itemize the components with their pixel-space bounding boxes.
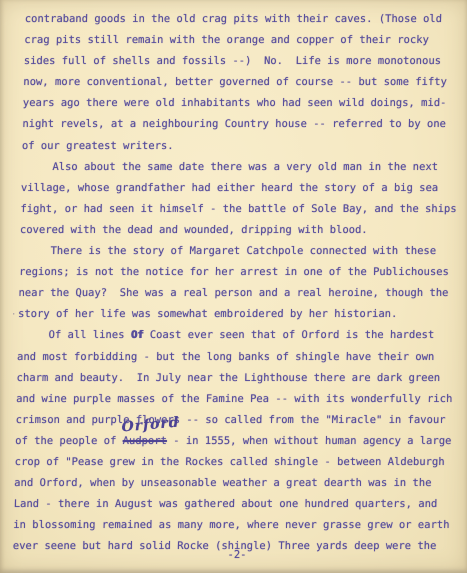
typed-text: crop of "Pease grew in the Rockes called…	[15, 456, 445, 468]
typed-line: crag pits still remain with the orange a…	[24, 30, 464, 51]
typed-text: of our greatest writers.	[22, 140, 174, 152]
typed-line: crimson and purple flowers -- so called …	[15, 410, 455, 431]
typed-text: and most forbidding - but the long banks…	[17, 351, 435, 363]
typed-text: There is the story of Margaret Catchpole…	[50, 245, 436, 257]
typed-text: covered with the dead and wounded, dripp…	[20, 224, 368, 236]
typed-text: in blossoming remained as many more, whe…	[13, 519, 449, 531]
typed-text: Coast ever seen that of Orford is the ha…	[143, 329, 434, 341]
typed-line: Land - there in August was gathered abou…	[14, 494, 454, 515]
typed-line: Of all lines Of Coast ever seen that of …	[17, 325, 457, 346]
typed-line: crop of "Pease grew in the Rockes called…	[14, 452, 454, 473]
page-number: -2-	[228, 549, 247, 561]
typed-text: sides full of shells and fossils --) No.…	[24, 55, 442, 67]
typed-text: village, whose grandfather had either he…	[21, 182, 439, 194]
typed-line: and Orford, when by unseasonable weather…	[14, 473, 454, 494]
typed-line: There is the story of Margaret Catchpole…	[19, 241, 459, 262]
typed-text: regions; is not the notice for her arres…	[19, 266, 449, 278]
corrected-word-group: OrfordAudport	[122, 431, 167, 452]
typed-line: in blossoming remained as many more, whe…	[13, 515, 453, 536]
margin-mark: ·	[11, 311, 16, 320]
typed-line: charm and beauty. In July near the Light…	[16, 368, 456, 389]
typed-text: near the Quay? She was a real person and…	[18, 287, 448, 299]
typed-text: Of	[131, 329, 144, 341]
typed-text: story of her life was somewhat embroider…	[18, 308, 398, 320]
typed-line: village, whose grandfather had either he…	[21, 178, 461, 199]
typed-line: years ago there were old inhabitants who…	[23, 93, 463, 114]
typed-text: fight, or had seen it himself - the batt…	[20, 203, 456, 215]
typed-line: and most forbidding - but the long banks…	[17, 347, 457, 368]
typed-line: near the Quay? She was a real person and…	[18, 283, 458, 304]
typed-text: ever seene but hard solid Rocke (shingle…	[13, 540, 437, 552]
typed-line: story of her life was somewhat embroider…	[18, 304, 458, 325]
typed-text: now, more conventional, better governed …	[23, 76, 447, 88]
typed-line: regions; is not the notice for her arres…	[19, 262, 459, 283]
typed-line: and wine purple masses of the Famine Pea…	[16, 389, 456, 410]
typed-text: - in 1555, when without human agency a l…	[167, 435, 452, 447]
typed-text: and wine purple masses of the Famine Pea…	[16, 393, 452, 405]
typed-text: years ago there were old inhabitants who…	[23, 97, 447, 109]
typed-text: crimson and purple flowers -- so called …	[16, 414, 446, 426]
typed-text: crag pits still remain with the orange a…	[24, 34, 429, 46]
typed-line: covered with the dead and wounded, dripp…	[20, 220, 460, 241]
typed-line: Also about the same date there was a ver…	[21, 157, 461, 178]
typed-line: now, more conventional, better governed …	[23, 72, 463, 93]
typed-text: of the people of	[15, 435, 123, 447]
typed-text: charm and beauty. In July near the Light…	[16, 372, 440, 384]
typed-line: night revels, at a neighbouring Country …	[22, 114, 462, 135]
typed-line: contraband goods in the old crag pits wi…	[25, 9, 465, 30]
typed-line: of the people of OrfordAudport - in 1555…	[15, 431, 455, 452]
typewritten-page: contraband goods in the old crag pits wi…	[0, 0, 467, 573]
typed-line: fight, or had seen it himself - the batt…	[20, 199, 460, 220]
typed-text: Also about the same date there was a ver…	[52, 161, 438, 173]
typed-text: Land - there in August was gathered abou…	[14, 498, 438, 510]
typed-text: and Orford, when by unseasonable weather…	[14, 477, 432, 489]
typed-text: Of all lines	[48, 329, 130, 341]
typed-line: of our greatest writers.	[22, 136, 462, 157]
typed-lines: contraband goods in the old crag pits wi…	[13, 9, 465, 557]
typed-text: contraband goods in the old crag pits wi…	[25, 13, 443, 25]
typed-line: sides full of shells and fossils --) No.…	[24, 51, 464, 72]
typed-text: night revels, at a neighbouring Country …	[22, 118, 446, 130]
